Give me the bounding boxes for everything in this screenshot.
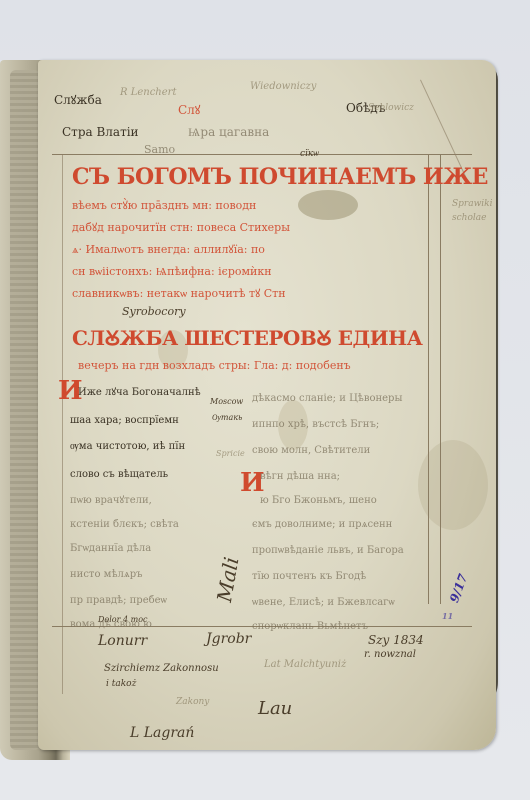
- text-line: пѡю врачꙋтели,: [70, 496, 152, 506]
- signature: Dolor 4 moc: [98, 616, 148, 624]
- text-line: ипнпо хрѣ, въстсѣ Бгнъ;: [252, 420, 379, 430]
- text-line: Бгѡданнїа дѣла: [70, 544, 151, 554]
- text-line: ю Бго Бжоньмъ, шено: [260, 496, 377, 506]
- cursive-note: Wiedowniczy: [250, 82, 316, 92]
- rubric-line: ѧ· Ималѡотъ внегда: аллилꙋїа: по: [72, 244, 265, 255]
- text-line: свою молн, Свѣтители: [252, 446, 370, 456]
- text-line: кстеніи блєкъ; свѣта: [70, 520, 179, 530]
- catalog-number: 9/17: [448, 572, 469, 604]
- text-line: слово съ вѣщатель: [70, 470, 168, 480]
- header-left-label: Слꙋжба: [54, 94, 102, 106]
- vertical-cursive: Mali: [214, 555, 242, 603]
- catalog-sub: 11: [442, 612, 453, 620]
- margin-cursive: Ѹтакь: [212, 414, 242, 422]
- small-note: сїкѡ: [300, 150, 319, 159]
- text-line: ємъ доволниме; и прѧсенн: [252, 520, 392, 530]
- cursive-note: R Lenchert: [120, 88, 176, 98]
- signature: Jgrobr: [206, 632, 251, 646]
- second-rubric-title: СЛꙊЖБА ШЕСТЕРОВꙊ ЕДИНА: [72, 328, 422, 348]
- text-line: шаа хара; воспрїемн: [70, 416, 179, 426]
- text-line: дѣкасмо сланіе; и Цѣвонеры: [252, 394, 402, 404]
- margin-cursive: Spricie: [216, 450, 245, 458]
- right-margin-note: scholae: [452, 214, 486, 223]
- signature: Szirchiemz Zakonnosu: [104, 664, 219, 674]
- right-rule-inner: [428, 154, 429, 604]
- signature: Lau: [258, 700, 292, 718]
- text-line: Иже лꙋча Богоначалнѣ: [78, 388, 201, 398]
- header-line2-sub: Samo: [144, 144, 175, 155]
- signature: r. nowznal: [364, 650, 416, 660]
- cursive-note: Seblowicz: [368, 104, 414, 113]
- text-line: ѡвене, Елисѣ; и Бжевлсагѡ: [252, 598, 395, 608]
- margin-cursive: Moscow: [210, 398, 243, 406]
- header-center-red: Слꙋ: [178, 104, 200, 116]
- right-margin-note: Sprawiki: [452, 200, 493, 209]
- cursive-insert: Syrobocory: [122, 306, 186, 317]
- frayed-spine: [10, 70, 40, 750]
- top-rule: [52, 154, 472, 155]
- signature: L Lagrań: [130, 726, 194, 740]
- left-rule: [62, 154, 63, 694]
- text-line: тїю почтенъ къ Бгодѣ: [252, 572, 366, 582]
- rubric-line: славникѡвъ: нетакѡ нарочитѣ тꙋ Стн: [72, 288, 286, 299]
- text-line: пр правдѣ; пребеѡ: [70, 596, 167, 606]
- rubric-line: вѣемъ стꙋ̀ю прāзднъ мн: поводн: [72, 200, 256, 211]
- text-line: пропѡвѣданіе львъ, и Багора: [252, 546, 404, 556]
- signature: Lat Malchtyuniż: [264, 660, 346, 670]
- header-line2-center: Ѩра цагавна: [188, 126, 269, 138]
- text-line: нисто мѣлѧръ: [70, 570, 143, 580]
- second-rubric-line: вечеръ на гдн возхладъ стры: Гла: д: под…: [78, 360, 351, 371]
- manuscript-page: Слꙋжба Слꙋ Обѣдъ R Lenchert Wiedowniczy …: [38, 60, 496, 750]
- signature: i takoż: [106, 680, 136, 689]
- text-line: ѹма чистотою, иѣ пїн: [70, 442, 185, 452]
- right-rule-outer: [440, 154, 441, 604]
- rubric-title: СЪ БОГОМЪ ПОЧИНАЕМЪ ИЖЕ: [72, 166, 488, 188]
- signature: Szy 1834: [368, 634, 424, 646]
- text-line: спорѡклань Вьмѣнетъ: [252, 622, 368, 632]
- rubric-line: сн вѡіістонхъ: Ѩпѣифна: ієромѝкн: [72, 266, 272, 277]
- signature: Zakony: [176, 698, 209, 707]
- rubric-line: дабꙋд нарочитїн стн: повеса Стихеры: [72, 222, 290, 233]
- header-line2-left: Стра Влатіи: [62, 126, 139, 138]
- text-line: вѣгн дѣша нна;: [260, 472, 340, 482]
- signature: Lonurr: [98, 634, 147, 648]
- water-stain: [298, 190, 358, 220]
